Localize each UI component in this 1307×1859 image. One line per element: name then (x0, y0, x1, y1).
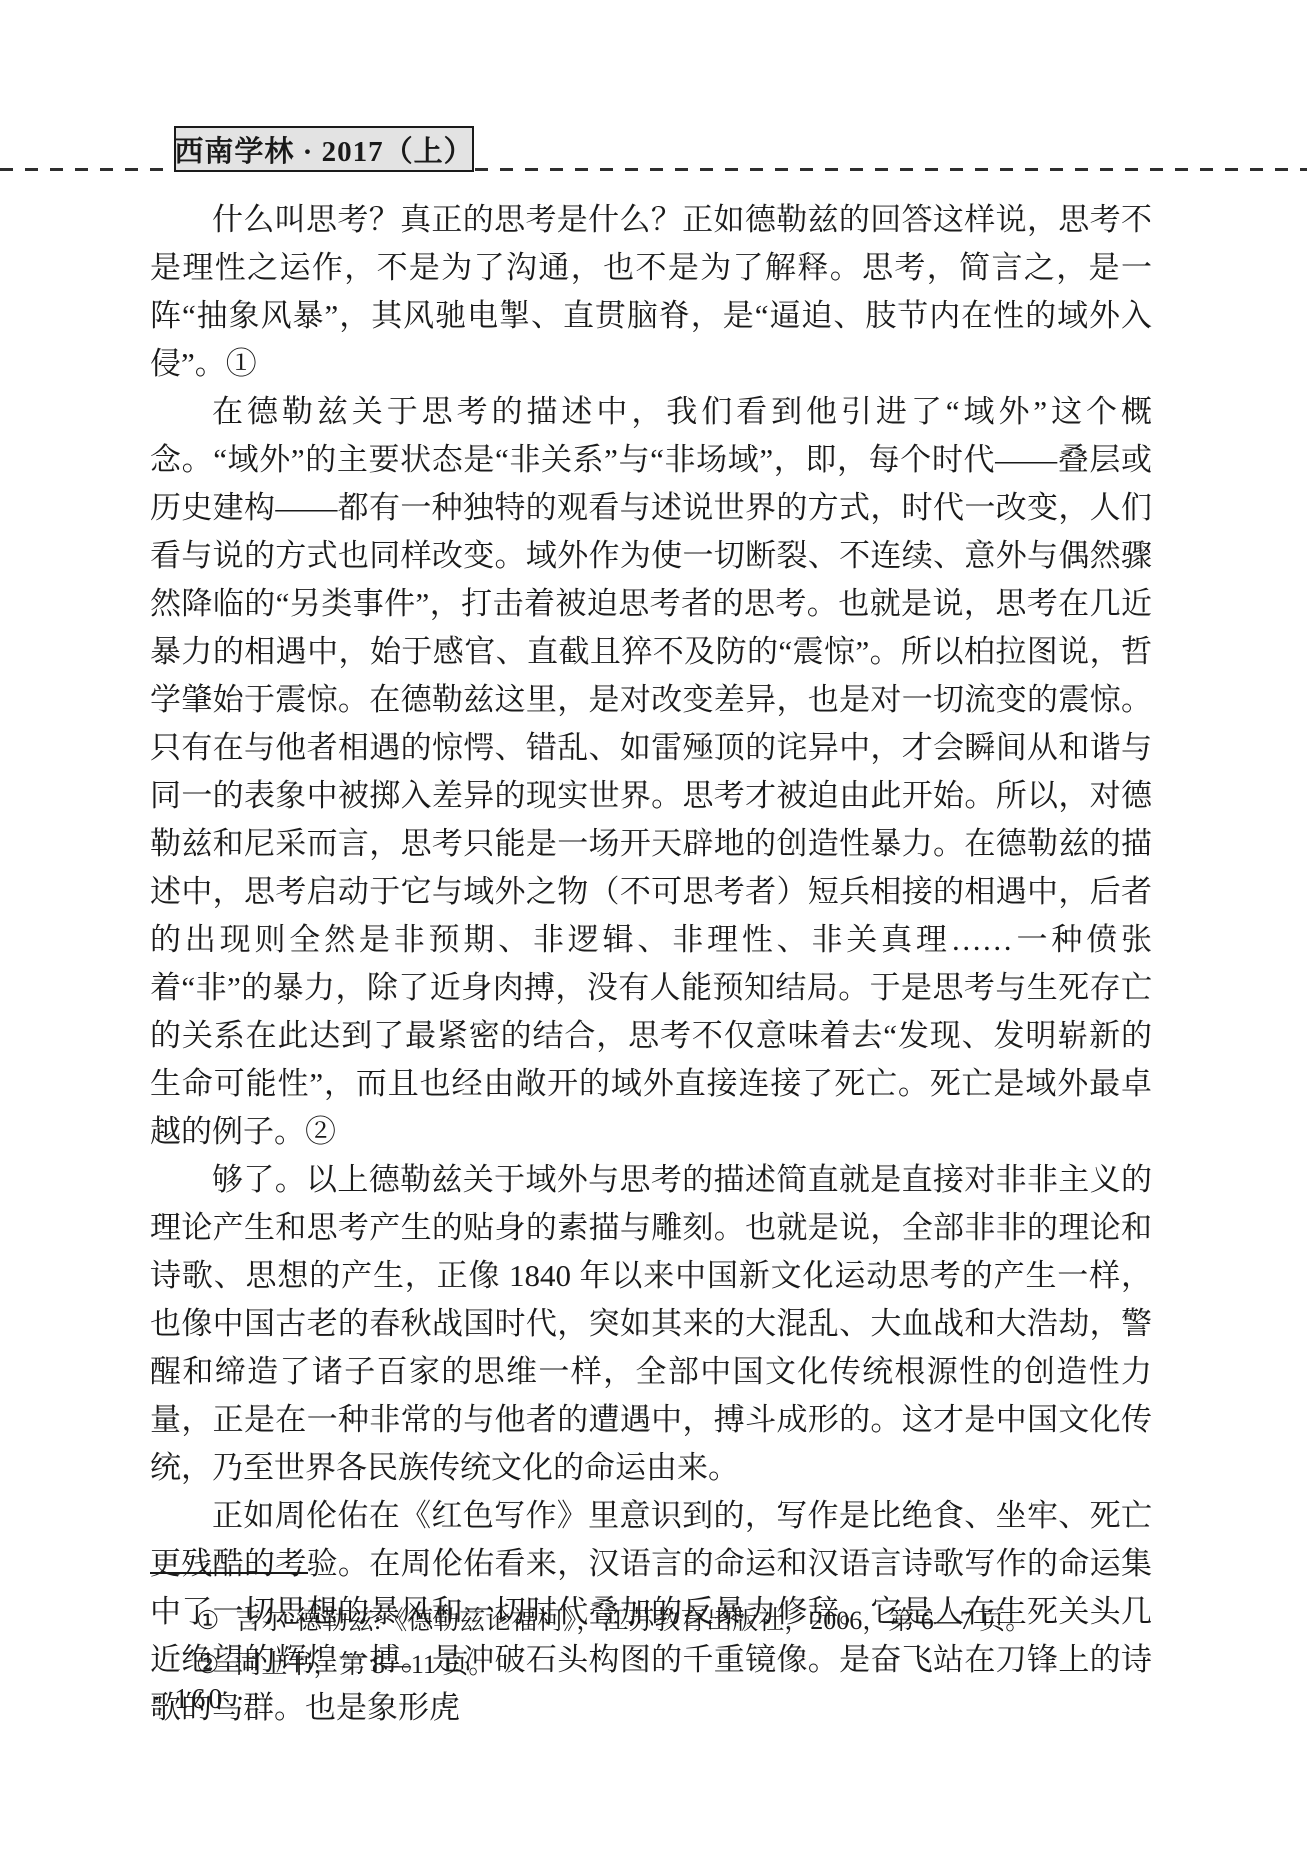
body-paragraph-1: 什么叫思考？真正的思考是什么？正如德勒兹的回答这样说，思考不是理性之运作，不是为… (150, 196, 1152, 388)
footnote-1-marker: ① (196, 1599, 219, 1643)
footnote-2-marker: ② (196, 1643, 219, 1687)
body-paragraph-2: 在德勒兹关于思考的描述中，我们看到他引进了“域外”这个概念。“域外”的主要状态是… (150, 388, 1152, 1156)
footnote-separator (150, 1572, 308, 1574)
footnote-2: ② 同上书，第 8—11 页。 (196, 1643, 1096, 1687)
footnote-2-text: 同上书，第 8—11 页。 (235, 1643, 1096, 1687)
page-number: · 160 · (152, 1684, 248, 1716)
footnote-1-text: 吉尔·德勒兹:《德勒兹论福柯》，江苏教育出版社，2006，第 6—7 页。 (235, 1599, 1096, 1643)
scanned-book-page: 西南学林 · 2017（上） 什么叫思考？真正的思考是什么？正如德勒兹的回答这样… (0, 0, 1307, 1859)
body-paragraph-3: 够了。以上德勒兹关于域外与思考的描述简直就是直接对非非主义的理论产生和思考产生的… (150, 1156, 1152, 1492)
journal-header-badge: 西南学林 · 2017（上） (174, 126, 474, 172)
article-body: 什么叫思考？真正的思考是什么？正如德勒兹的回答这样说，思考不是理性之运作，不是为… (150, 196, 1152, 1732)
footnote-1: ① 吉尔·德勒兹:《德勒兹论福柯》，江苏教育出版社，2006，第 6—7 页。 (196, 1599, 1096, 1643)
footnotes: ① 吉尔·德勒兹:《德勒兹论福柯》，江苏教育出版社，2006，第 6—7 页。 … (196, 1599, 1096, 1687)
